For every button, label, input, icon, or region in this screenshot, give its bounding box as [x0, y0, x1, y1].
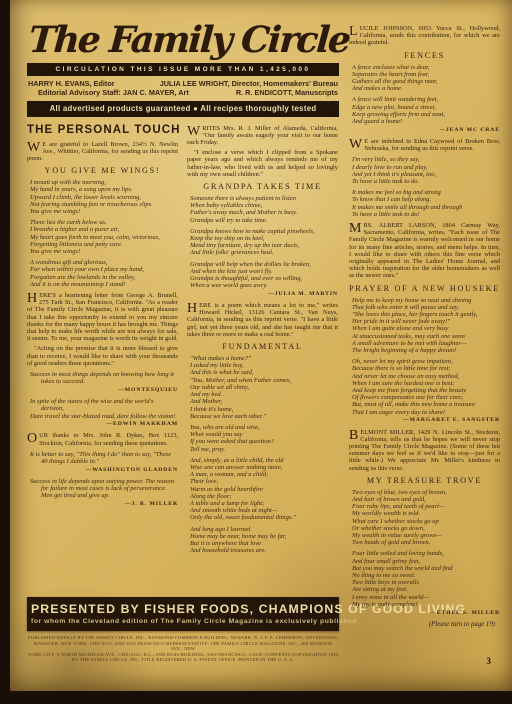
poem-block: Someone there is always patient to liste…	[190, 195, 338, 224]
poem-block: Success in most things depends on knowin…	[30, 371, 178, 394]
page-footer: PRESENTED BY FISHER FOODS, CHAMPIONS OF …	[27, 597, 339, 663]
poem-block: Success in life depends upon staying pow…	[30, 478, 178, 508]
page-body: The Family Circle CIRCULATION THIS ISSUE…	[27, 22, 498, 663]
poem-line: And Mother,	[190, 398, 338, 405]
poem-block: It makes me feel so big and strongTo kno…	[352, 189, 500, 218]
poem-line: Because we love each other."	[190, 413, 338, 420]
poem-block: "What makes a home?"I asked my little bo…	[190, 355, 338, 420]
poem-line: There lies the earth below us.	[30, 219, 178, 226]
poem-line: Four ruby lips, and teeth of pearl—	[352, 503, 500, 510]
poem-line: You, who are old and wise,	[190, 424, 338, 431]
poem-line: And household treasures are.	[190, 547, 338, 554]
column-2: WRITES Mrs. R. J. Miller of Alameda, Cal…	[187, 122, 338, 590]
poem-line: But it is anywhere that love	[190, 540, 338, 547]
drop-cap: B	[349, 429, 360, 443]
drop-cap: W	[349, 138, 364, 152]
poem-attribution: —WASHINGTON GLADDEN	[30, 467, 178, 474]
fisher-banner-title: PRESENTED BY FISHER FOODS, CHAMPIONS OF …	[31, 602, 335, 616]
poem-line: Only the old, sweet fundamental things."	[190, 514, 338, 521]
poem-block: It is better to say, "This thing I do" t…	[30, 451, 178, 474]
drop-cap: W	[27, 141, 42, 155]
left-section: The Family Circle CIRCULATION THIS ISSUE…	[27, 22, 339, 663]
poem-block: In spite of the stares of the wise and t…	[30, 398, 178, 428]
poem-line: My hand in yours, a song upon my lips.	[30, 186, 178, 193]
para-block: HERE'S a heartening letter from George A…	[27, 292, 178, 342]
subheading-block: GRANDPA TAKES TIME	[187, 182, 338, 191]
poem-block: A wondrous gift and glorious,For when wi…	[30, 259, 178, 288]
poem-attribution: —JULIA M. MARTIN	[190, 291, 338, 298]
credit-row: Editorial Advisory Staff: JAN C. MAYER, …	[28, 88, 338, 98]
poem-line: Tell me, pray.	[190, 446, 338, 453]
advisory-credit: Editorial Advisory Staff: JAN C. MAYER, …	[38, 88, 189, 98]
poem-line: It makes me smile all through and throug…	[352, 204, 500, 211]
director-credit: JULIA LEE WRIGHT, Director, Homemakers' …	[160, 79, 338, 89]
poem-block: Four little soiled and loving hands,And …	[352, 550, 500, 616]
poem-line: Four little soiled and loving hands,	[352, 550, 500, 557]
poem-line: And it is on the mountaintop I stand!	[30, 281, 178, 288]
poem-line: Edge a new plot, bound a street,	[352, 104, 500, 111]
fine-print-line: PUBLISHED WEEKLY BY THE FAMILY CIRCLE, I…	[27, 635, 339, 641]
poem-line: My heart goes forth to meet you, calm, v…	[30, 234, 178, 241]
heading-block: THE PERSONAL TOUCH	[27, 124, 178, 136]
poem-line: Father's away much, and Mother is busy.	[190, 209, 338, 216]
poem-block: Grandpa will help when the dollies lie b…	[190, 261, 338, 299]
text-columns: THE PERSONAL TOUCHWE are grateful to Laz…	[27, 122, 339, 590]
poem-block: Two eyes of blue, two eyes of brown,And …	[352, 489, 500, 547]
para-block: BELMONT MILLER, 1429 N. Lincoln St., Sto…	[349, 429, 500, 472]
poem-line: Forgetting littleness and petty care.	[30, 241, 178, 248]
poem-line: Grandpa will try to take time.	[190, 217, 338, 224]
poem-line: "She loves this place, her fingers touch…	[352, 311, 500, 318]
subheading-block: YOU GIVE ME WINGS!	[27, 166, 178, 175]
subheading-block: FENCES	[349, 51, 500, 60]
poem-block: And long ago I learnedHome may be near, …	[190, 526, 338, 555]
poem-line: I mount up with the morning,	[30, 179, 178, 186]
drop-cap: W	[187, 125, 202, 139]
drop-cap: H	[27, 292, 39, 306]
poem-line: Grandpa will help when the dollies lie b…	[190, 261, 338, 268]
poem-line: It is better to say, "This thing I do" t…	[30, 451, 178, 465]
poem-line: And my bed.	[190, 391, 338, 398]
poem-line: And makes a home.	[352, 85, 500, 92]
poem-line: Two little boys in overalls	[352, 579, 500, 586]
poem-line: I asked my little boy,	[190, 362, 338, 369]
poem-line: And little folks' grievances heal.	[190, 249, 338, 256]
poem-line: A fence will limit wandering feet,	[352, 96, 500, 103]
poem-line: What would you say	[190, 431, 338, 438]
poem-line: Keep growing efforts firm and neat,	[352, 111, 500, 118]
poem-line: When I am sure the hardest one is best;	[352, 380, 500, 387]
poem-line: Two heads of gold and brown.	[352, 539, 500, 546]
para-block: WRITES Mrs. R. J. Miller of Alameda, Cal…	[187, 125, 338, 147]
editorial-credits: HARRY H. EVANS, Editor JULIA LEE WRIGHT,…	[27, 76, 339, 100]
poem-line: My joy is quite complete!	[352, 601, 500, 608]
poem-attribution: —J. R. MILLER	[30, 501, 178, 508]
fine-print-line: BY THE FAMILY CIRCLE, INC. TITLE REGISTE…	[27, 657, 339, 663]
poem-line: A wondrous gift and glorious,	[30, 259, 178, 266]
drop-cap: H	[187, 302, 199, 316]
para-block: "Acting on the premise that it is more b…	[27, 345, 178, 367]
right-section: LUCILE JOHNSON, 6053 Yucca St., Hollywoo…	[349, 22, 498, 663]
para-block: OUR thanks to Mrs. John R. Dykes, Box 11…	[27, 432, 178, 446]
poem-attribution: —MONTESQUIEU	[30, 387, 178, 394]
subheading-block: FUNDAMENTAL	[187, 342, 338, 351]
poem-line: Mend tiny furniture, dry up the tear duc…	[190, 242, 338, 249]
poem-line: Home may be near, home may be far,	[190, 533, 338, 540]
poem-line: Are sitting at my feet.	[352, 586, 500, 593]
poem-line: If you were asked that question?	[190, 438, 338, 445]
poem-line: And yet I think it's pleasant, too,	[352, 171, 500, 178]
subheading-block: MY TREASURE TROVE	[349, 476, 500, 485]
poem-attribution: —JEAN MC CRAE	[352, 127, 500, 134]
poem-line: That I am eager every day to share!	[352, 409, 500, 416]
poem-line: Someone there is always patient to liste…	[190, 195, 338, 202]
poem-line: And hair of brown and gold,	[352, 496, 500, 503]
poem-block: Grandpa knows how to make capital pinwhe…	[190, 228, 338, 257]
poem-line: "You, Mother, and when Father comes,	[190, 377, 338, 384]
poem-line: And, simply, as a little child, the old	[190, 457, 338, 464]
poem-block: I mount up with the morning,My hand in y…	[30, 179, 178, 215]
poem-line: Grandpa is thoughtful, and ever so willi…	[190, 275, 338, 282]
poem-block: And, simply, as a little child, the oldW…	[190, 457, 338, 522]
poem-line: Separates the heart from fear,	[352, 71, 500, 78]
poem-line: And this is what he said,	[190, 369, 338, 376]
poem-line: To know that I can help along.	[352, 196, 500, 203]
poem-block: A fence will limit wandering feet,Edge a…	[352, 96, 500, 134]
poem-line: Keep the toy ship on its keel,	[190, 235, 338, 242]
page-number: 3	[486, 657, 491, 667]
poem-line: A table and a lamp for light;	[190, 500, 338, 507]
poem-line: Wise one can answer nothing more,	[190, 464, 338, 471]
poem-line: Gathers all the good things near,	[352, 78, 500, 85]
scanned-magazine-photo: { "header": { "title": "The Family Circl…	[0, 0, 512, 704]
poem-line: You give me wings!	[30, 208, 178, 215]
poem-block: You, who are old and wise,What would you…	[190, 424, 338, 453]
poem-line: Not fearing stumbling feet or treacherou…	[30, 201, 178, 208]
column-1: THE PERSONAL TOUCHWE are grateful to Laz…	[27, 122, 178, 590]
poem-line: I envy none in all the world—	[352, 594, 500, 601]
poem-line: For when within your own I place my hand…	[30, 266, 178, 273]
para-block: WE are grateful to Lazell Brown, 234½ N.…	[27, 141, 178, 163]
poem-block: There lies the earth below us.I breathe …	[30, 219, 178, 255]
poem-attribution: —MARGARET E. SANGSTER	[352, 417, 500, 424]
poem-line: Help me to keep my home so neat and shin…	[352, 297, 500, 304]
poem-line: Success in most things depends on knowin…	[30, 371, 178, 385]
poem-line: And smooth white beds at night—	[190, 507, 338, 514]
magazine-page: The Family Circle CIRCULATION THIS ISSUE…	[10, 0, 512, 691]
poem-line: I dearly love to run and play,	[352, 164, 500, 171]
poem-line: Or whether stocks go down,	[352, 525, 500, 532]
para-block: LUCILE JOHNSON, 6053 Yucca St., Hollywoo…	[349, 25, 500, 47]
poem-line: I'm very little, so they say,	[352, 156, 500, 163]
poem-line: Our table set all shiny,	[190, 384, 338, 391]
drop-cap: L	[349, 25, 360, 39]
poem-line: I think it's home,	[190, 406, 338, 413]
poem-line: In spite of the stares of the wise and t…	[30, 398, 178, 412]
poem-line: A man, a woman, and a child;	[190, 471, 338, 478]
poem-line: And four small grimy feet,	[352, 558, 500, 565]
poem-line: Of flowers compensates one for their car…	[352, 394, 500, 401]
guarantee-banner: All advertised products guaranteed ● All…	[27, 101, 339, 117]
poem-line: Along the floor;	[190, 493, 338, 500]
poem-line: Two eyes of blue, two eyes of brown,	[352, 489, 500, 496]
poem-line: And long ago I learned	[190, 526, 338, 533]
subheading-block: PRAYER OF A NEW HOUSEKEEPER	[349, 284, 500, 293]
poem-line: And guard a home!	[352, 118, 500, 125]
poem-block: Help me to keep my home so neat and shin…	[352, 297, 500, 355]
poem-line: Her pride in it will never fade away!"	[352, 318, 500, 325]
note-block: (Please turn to page 19)	[349, 621, 500, 628]
poem-line: Because there is so little time for rest…	[352, 365, 500, 372]
poem-line: Success in life depends upon staying pow…	[30, 478, 178, 500]
poem-attribution: —ETHEL S. MILLER	[352, 610, 500, 617]
poem-line: When a wee world goes awry.	[190, 282, 338, 289]
column-3: LUCILE JOHNSON, 6053 Yucca St., Hollywoo…	[349, 22, 500, 658]
poem-line: Upward I climb, the lower levels scornin…	[30, 194, 178, 201]
para-block: "I enclose a verse which I clipped from …	[187, 149, 338, 178]
poem-block: A fence encloses what is dear,Separates …	[352, 64, 500, 93]
poem-line: A fence encloses what is dear,	[352, 64, 500, 71]
poem-line: Dare travel the star-blazed road, dare f…	[30, 413, 178, 420]
poem-line: But you may search the world and find	[352, 565, 500, 572]
poem-attribution: —EDWIN MARKHAM	[30, 421, 178, 428]
poem-line: Forgotten are the lowlands in the valley…	[30, 274, 178, 281]
manuscripts-credit: R. R. ENDICOTT, Manuscripts	[236, 88, 338, 98]
poem-line: Oh, never let my spirit grow impatient,	[352, 358, 500, 365]
credit-row: HARRY H. EVANS, Editor JULIA LEE WRIGHT,…	[28, 79, 338, 89]
poem-line: "What makes a home?"	[190, 355, 338, 362]
editor-credit: HARRY H. EVANS, Editor	[28, 79, 115, 89]
publisher-fine-print: PUBLISHED WEEKLY BY THE FAMILY CIRCLE, I…	[27, 635, 339, 663]
masthead: The Family Circle CIRCULATION THIS ISSUE…	[27, 20, 339, 117]
poem-line: It makes me feel so big and strong	[352, 189, 500, 196]
drop-cap: M	[349, 222, 363, 236]
poem-line: The bright beginning of a happy dream!	[352, 347, 500, 354]
poem-line: You give me wings!	[30, 248, 178, 255]
poem-line: Warm as the gold hearthfire	[190, 486, 338, 493]
poem-line: But, most of all, make this new home a t…	[352, 401, 500, 408]
poem-line: And never let me choose an easy method,	[352, 373, 500, 380]
poem-line: When baby syllables chime,	[190, 202, 338, 209]
poem-line: To have a little task to do.	[352, 178, 500, 185]
magazine-logo: The Family Circle	[28, 20, 341, 60]
para-block: WE are indebted to Edna Caywood of Broke…	[349, 138, 500, 152]
poem-line: That folk who enter it will pause and sa…	[352, 304, 500, 311]
poem-line: When I am quite alone and very busy	[352, 325, 500, 332]
poem-line: I breathe a higher and a purer air,	[30, 226, 178, 233]
poem-line: My wealth in value surely grows—	[352, 532, 500, 539]
poem-block: Oh, never let my spirit grow impatient,B…	[352, 358, 500, 424]
poem-line: Grandpa knows how to make capital pinwhe…	[190, 228, 338, 235]
poem-block: I'm very little, so they say,I dearly lo…	[352, 156, 500, 185]
circulation-banner: CIRCULATION THIS ISSUE MORE THAN 1,425,0…	[27, 63, 339, 76]
poem-line: And keep me from forgetting that the bea…	[352, 387, 500, 394]
poem-line: A small adventure to be met with laughte…	[352, 340, 500, 347]
poem-line: What care I whether stocks go up	[352, 518, 500, 525]
para-block: HERE is a poem which means a lot to me,"…	[187, 302, 338, 338]
fisher-foods-banner: PRESENTED BY FISHER FOODS, CHAMPIONS OF …	[27, 597, 339, 632]
poem-line: To have a little task to do!	[352, 211, 500, 218]
poem-line: And when the kite just won't fly.	[190, 268, 338, 275]
poem-line: My worldly wealth is told.	[352, 510, 500, 517]
poem-line: Their love,	[190, 478, 338, 485]
drop-cap: O	[27, 432, 39, 446]
poem-line: No thing to me so sweet.	[352, 572, 500, 579]
fine-print-line: MANAGER. NEW YORK, CHICAGO, AND SAN FRAN…	[27, 641, 339, 652]
poem-line: At unaccustomed tasks, may each one seem	[352, 333, 500, 340]
fisher-banner-subtitle: for whom the Cleveland edition of The Fa…	[31, 618, 335, 625]
para-block: MRS. ALBERT LARSON, 1804 Carmay Way, Sac…	[349, 222, 500, 280]
